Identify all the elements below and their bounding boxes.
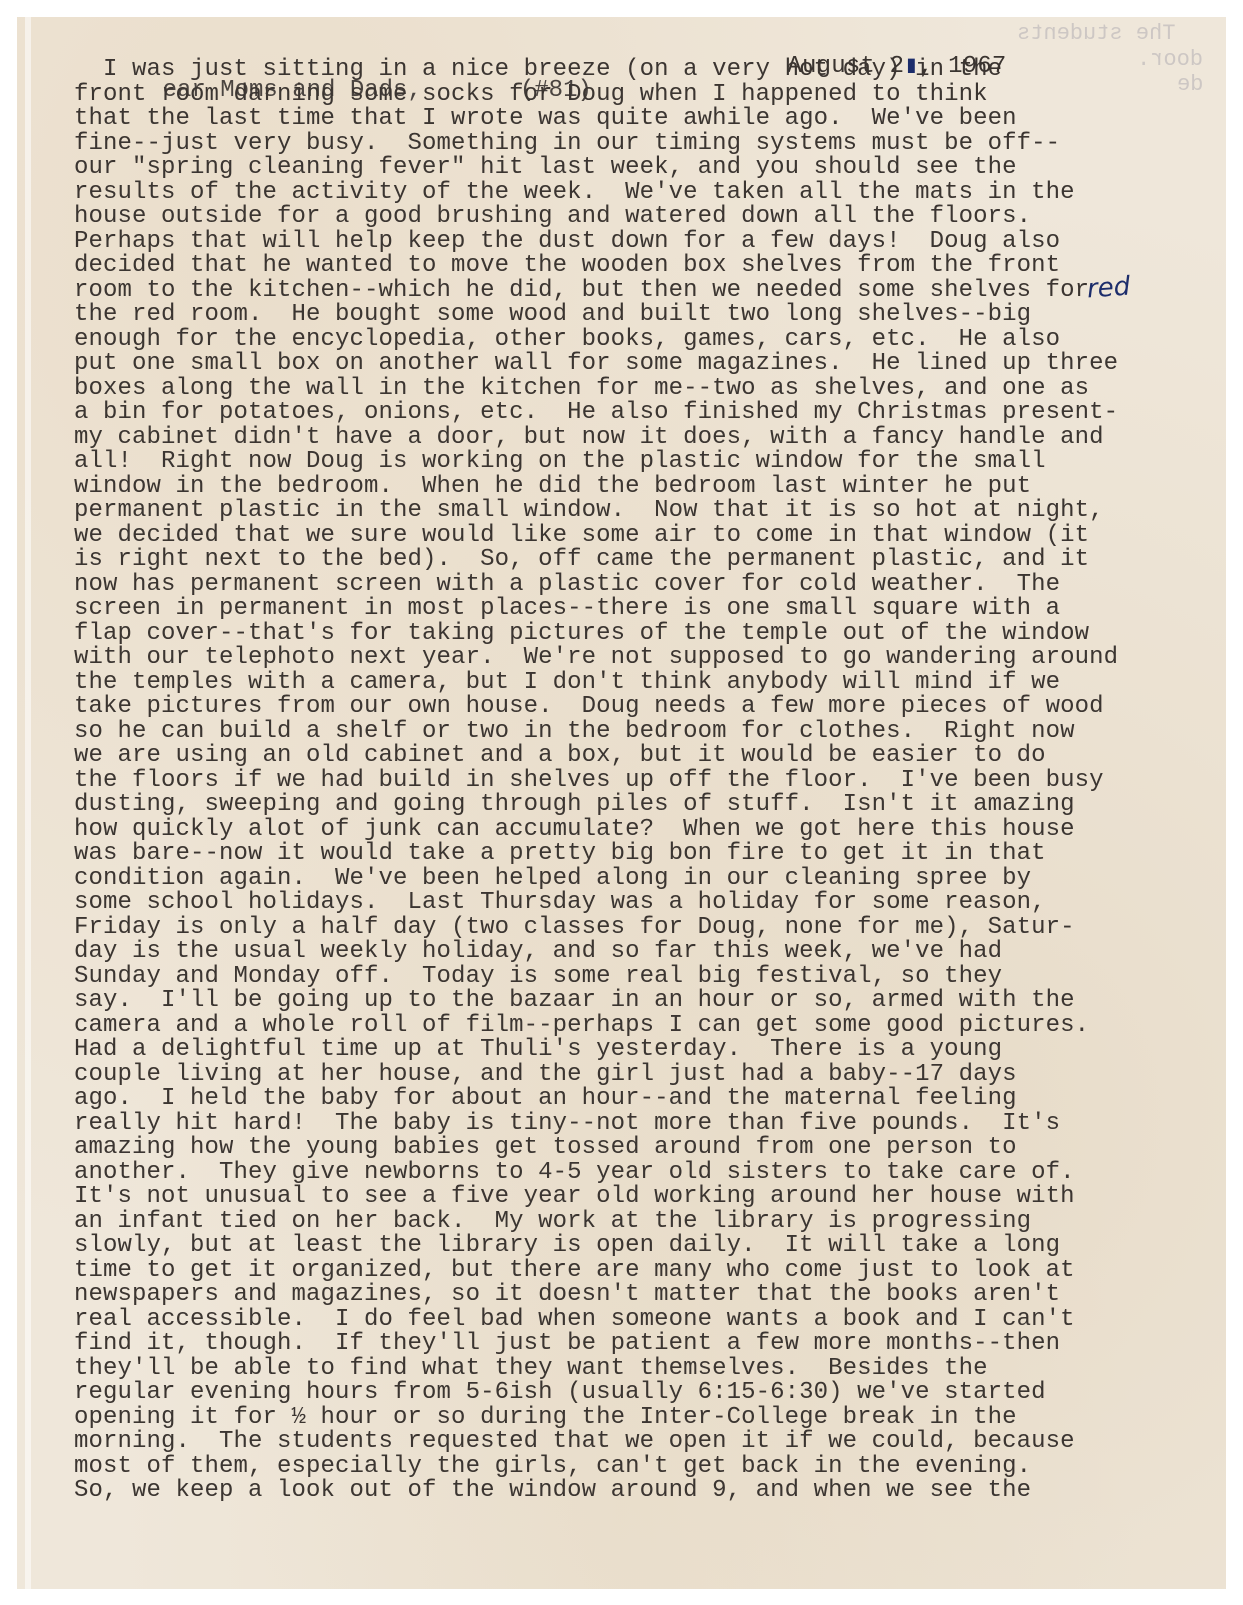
letter-line: my cabinet didn't have a door, but now i… bbox=[74, 426, 1118, 451]
letter-line: some school holidays. Last Thursday was … bbox=[74, 891, 1118, 916]
letter-line: enough for the encyclopedia, other books… bbox=[74, 328, 1118, 353]
letter-line: camera and a whole roll of film--perhaps… bbox=[74, 1014, 1118, 1039]
letter-line: was bare--now it would take a pretty big… bbox=[74, 842, 1118, 867]
letter-line: an infant tied on her back. My work at t… bbox=[74, 1210, 1118, 1235]
letter-line: permanent plastic in the small window. N… bbox=[74, 499, 1118, 524]
letter-line: dusting, sweeping and going through pile… bbox=[74, 793, 1118, 818]
letter-line: amazing how the young babies get tossed … bbox=[74, 1136, 1118, 1161]
letter-line: morning. The students requested that we … bbox=[74, 1430, 1118, 1455]
letter-line: so he can build a shelf or two in the be… bbox=[74, 720, 1118, 745]
letter-line: day is the usual weekly holiday, and so … bbox=[74, 940, 1118, 965]
letter-line: It's not unusual to see a five year old … bbox=[74, 1185, 1118, 1210]
letter-line: the red room. He bought some wood and bu… bbox=[74, 303, 1118, 328]
letter-line: they'll be able to find what they want t… bbox=[74, 1357, 1118, 1382]
letter-line: ago. I held the baby for about an hour--… bbox=[74, 1087, 1118, 1112]
letter-line: Sunday and Monday off. Today is some rea… bbox=[74, 965, 1118, 990]
letter-line: boxes along the wall in the kitchen for … bbox=[74, 377, 1118, 402]
letter-line: time to get it organized, but there are … bbox=[74, 1259, 1118, 1284]
letter-line: now has permanent screen with a plastic … bbox=[74, 573, 1118, 598]
letter-line: we decided that we sure would like some … bbox=[74, 524, 1118, 549]
letter-line: fine--just very busy. Something in our t… bbox=[74, 132, 1118, 157]
letter-line: with our telephoto next year. We're not … bbox=[74, 646, 1118, 671]
letter-line: screen in permanent in most places--ther… bbox=[74, 597, 1118, 622]
letter-line: a bin for potatoes, onions, etc. He also… bbox=[74, 401, 1118, 426]
letter-line: how quickly alot of junk can accumulate?… bbox=[74, 818, 1118, 843]
letter-line: real accessible. I do feel bad when some… bbox=[74, 1308, 1118, 1333]
letter-line: window in the bedroom. When he did the b… bbox=[74, 475, 1118, 500]
letter-line: results of the activity of the week. We'… bbox=[74, 181, 1118, 206]
letter-body: I was just sitting in a nice breeze (on … bbox=[74, 58, 1118, 1504]
letter-line: our "spring cleaning fever" hit last wee… bbox=[74, 156, 1118, 181]
handwritten-annotation: red bbox=[1086, 272, 1131, 305]
letter-line: decided that he wanted to move the woode… bbox=[74, 254, 1118, 279]
letter-line: room to the kitchen--which he did, but t… bbox=[74, 279, 1118, 304]
letter-line: Perhaps that will help keep the dust dow… bbox=[74, 230, 1118, 255]
letter-page: The students door. de August 2▮, 1967 ea… bbox=[17, 17, 1226, 1589]
letter-line: is right next to the bed). So, off came … bbox=[74, 548, 1118, 573]
letter-line: Friday is only a half day (two classes f… bbox=[74, 916, 1118, 941]
letter-line: the floors if we had build in shelves up… bbox=[74, 769, 1118, 794]
letter-line: I was just sitting in a nice breeze (on … bbox=[74, 58, 1118, 83]
bleed-through-text: de bbox=[1177, 72, 1203, 97]
letter-line: opening it for ½ hour or so during the I… bbox=[74, 1406, 1118, 1431]
letter-line: say. I'll be going up to the bazaar in a… bbox=[74, 989, 1118, 1014]
letter-line: that the last time that I wrote was quit… bbox=[74, 107, 1118, 132]
bleed-through-text: door. bbox=[1137, 47, 1203, 72]
letter-line: condition again. We've been helped along… bbox=[74, 867, 1118, 892]
letter-line: newspapers and magazines, so it doesn't … bbox=[74, 1283, 1118, 1308]
letter-line: take pictures from our own house. Doug n… bbox=[74, 695, 1118, 720]
letter-line: all! Right now Doug is working on the pl… bbox=[74, 450, 1118, 475]
letter-line: slowly, but at least the library is open… bbox=[74, 1234, 1118, 1259]
letter-line: the temples with a camera, but I don't t… bbox=[74, 671, 1118, 696]
letter-line: another. They give newborns to 4-5 year … bbox=[74, 1161, 1118, 1186]
letter-line: we are using an old cabinet and a box, b… bbox=[74, 744, 1118, 769]
letter-line: Had a delightful time up at Thuli's yest… bbox=[74, 1038, 1118, 1063]
letter-line: front room darning some socks for Doug w… bbox=[74, 83, 1118, 108]
letter-line: So, we keep a look out of the window aro… bbox=[74, 1479, 1118, 1504]
letter-line: flap cover--that's for taking pictures o… bbox=[74, 622, 1118, 647]
letter-line: really hit hard! The baby is tiny--not m… bbox=[74, 1112, 1118, 1137]
bleed-through-text: The students bbox=[1017, 21, 1175, 46]
letter-line: couple living at her house, and the girl… bbox=[74, 1063, 1118, 1088]
letter-line: regular evening hours from 5-6ish (usual… bbox=[74, 1381, 1118, 1406]
letter-line: house outside for a good brushing and wa… bbox=[74, 205, 1118, 230]
letter-line: most of them, especially the girls, can'… bbox=[74, 1455, 1118, 1480]
letter-line: find it, though. If they'll just be pati… bbox=[74, 1332, 1118, 1357]
letter-line: put one small box on another wall for so… bbox=[74, 352, 1118, 377]
